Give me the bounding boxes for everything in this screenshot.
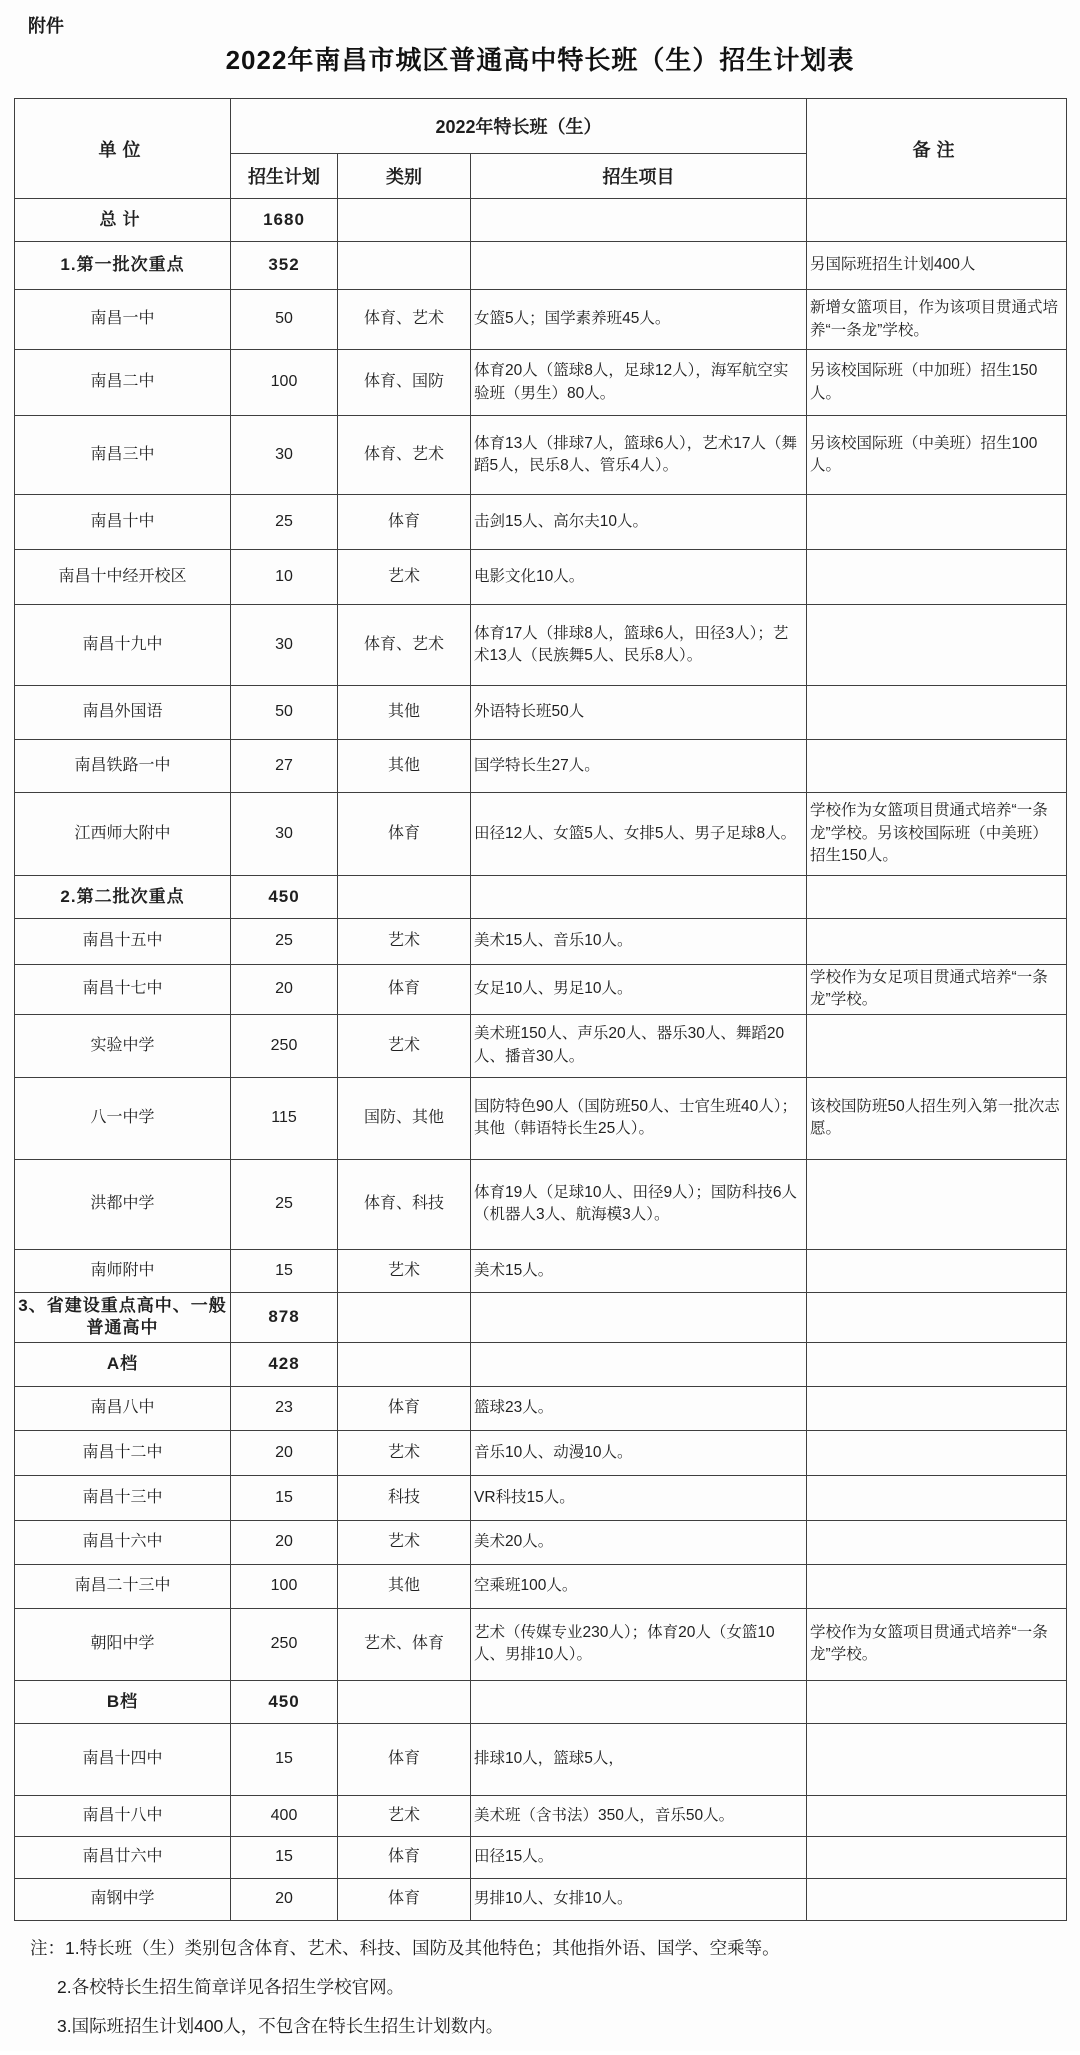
cell-plan: 250 — [231, 1608, 338, 1680]
table-row: 江西师大附中30体育田径12人、女篮5人、女排5人、男子足球8人。学校作为女篮项… — [15, 793, 1067, 876]
table-row: 南昌外国语50其他外语特长班50人 — [15, 686, 1067, 740]
table-row: 八一中学115国防、其他国防特色90人（国防班50人、士官生班40人）；其他（韩… — [15, 1077, 1067, 1159]
cell-remark — [807, 550, 1067, 605]
cell-project: VR科技15人。 — [471, 1475, 807, 1520]
table-header: 单位 2022年特长班（生） 备注 招生计划 类别 招生项目 — [15, 99, 1067, 199]
cell-project: 田径15人。 — [471, 1836, 807, 1878]
table-row: 1.第一批次重点352另国际班招生计划400人 — [15, 242, 1067, 290]
cell-remark — [807, 1723, 1067, 1795]
cell-project — [471, 876, 807, 919]
cell-unit: 八一中学 — [15, 1077, 231, 1159]
cell-project: 男排10人、女排10人。 — [471, 1878, 807, 1920]
cell-unit: 南昌三中 — [15, 416, 231, 495]
table-row: 南昌十三中15科技VR科技15人。 — [15, 1475, 1067, 1520]
cell-plan: 20 — [231, 1430, 338, 1475]
table-row: 南昌一中50体育、艺术女篮5人；国学素养班45人。新增女篮项目，作为该项目贯通式… — [15, 290, 1067, 350]
cell-unit: 南师附中 — [15, 1249, 231, 1292]
cell-category — [338, 1292, 471, 1342]
cell-category — [338, 1680, 471, 1723]
table-row: A档428 — [15, 1342, 1067, 1386]
cell-unit: 1.第一批次重点 — [15, 242, 231, 290]
cell-project: 美术20人。 — [471, 1520, 807, 1564]
cell-remark — [807, 1520, 1067, 1564]
cell-unit: 南昌十七中 — [15, 965, 231, 1015]
cell-category: 艺术 — [338, 1520, 471, 1564]
cell-remark: 该校国防班50人招生列入第一批次志愿。 — [807, 1077, 1067, 1159]
cell-plan: 27 — [231, 740, 338, 793]
table-row: 总计1680 — [15, 199, 1067, 242]
cell-unit: 南昌外国语 — [15, 686, 231, 740]
cell-remark — [807, 919, 1067, 965]
table-row: 南昌十六中20艺术美术20人。 — [15, 1520, 1067, 1564]
cell-category: 体育 — [338, 965, 471, 1015]
cell-project: 女足10人、男足10人。 — [471, 965, 807, 1015]
cell-category: 其他 — [338, 686, 471, 740]
cell-remark — [807, 740, 1067, 793]
cell-unit: 2.第二批次重点 — [15, 876, 231, 919]
cell-unit: 南昌十中经开校区 — [15, 550, 231, 605]
cell-remark — [807, 199, 1067, 242]
cell-project: 美术班150人、声乐20人、器乐30人、舞蹈20人、播音30人。 — [471, 1014, 807, 1077]
cell-project — [471, 242, 807, 290]
cell-remark — [807, 876, 1067, 919]
cell-project: 美术班（含书法）350人，音乐50人。 — [471, 1795, 807, 1836]
cell-plan: 250 — [231, 1014, 338, 1077]
cell-unit: 南昌八中 — [15, 1386, 231, 1430]
cell-unit: B档 — [15, 1680, 231, 1723]
cell-plan: 115 — [231, 1077, 338, 1159]
cell-plan: 352 — [231, 242, 338, 290]
cell-project: 体育13人（排球7人，篮球6人），艺术17人（舞蹈5人，民乐8人、管乐4人）。 — [471, 416, 807, 495]
cell-category: 国防、其他 — [338, 1077, 471, 1159]
cell-unit: 南昌十九中 — [15, 605, 231, 686]
cell-unit: 南昌十中 — [15, 495, 231, 550]
header-plan: 招生计划 — [231, 154, 338, 199]
cell-unit: 3、省建设重点高中、一般普通高中 — [15, 1292, 231, 1342]
cell-project: 女篮5人；国学素养班45人。 — [471, 290, 807, 350]
note-line-2: 2.各校特长生招生简章详见各招生学校官网。 — [30, 1977, 1050, 1999]
header-project: 招生项目 — [471, 154, 807, 199]
table-row: 朝阳中学250艺术、体育艺术（传媒专业230人）；体育20人（女篮10人、男排1… — [15, 1608, 1067, 1680]
cell-project: 体育17人（排球8人，篮球6人，田径3人）；艺术13人（民族舞5人、民乐8人）。 — [471, 605, 807, 686]
cell-project — [471, 1292, 807, 1342]
table-row: 南昌十二中20艺术音乐10人、动漫10人。 — [15, 1430, 1067, 1475]
cell-plan: 30 — [231, 605, 338, 686]
cell-plan: 428 — [231, 1342, 338, 1386]
cell-category: 体育、科技 — [338, 1159, 471, 1249]
cell-unit: 南昌铁路一中 — [15, 740, 231, 793]
cell-remark — [807, 1878, 1067, 1920]
cell-plan: 100 — [231, 350, 338, 416]
cell-plan: 15 — [231, 1836, 338, 1878]
cell-unit: 南昌十八中 — [15, 1795, 231, 1836]
cell-remark: 学校作为女足项目贯通式培养“一条龙”学校。 — [807, 965, 1067, 1015]
cell-plan: 1680 — [231, 199, 338, 242]
cell-remark — [807, 1795, 1067, 1836]
cell-project: 美术15人。 — [471, 1249, 807, 1292]
cell-project: 篮球23人。 — [471, 1386, 807, 1430]
cell-category: 体育 — [338, 1836, 471, 1878]
cell-unit: 南昌一中 — [15, 290, 231, 350]
cell-category: 艺术 — [338, 550, 471, 605]
cell-unit: 洪都中学 — [15, 1159, 231, 1249]
cell-plan: 20 — [231, 1878, 338, 1920]
cell-category: 体育、国防 — [338, 350, 471, 416]
header-remark: 备注 — [807, 99, 1067, 199]
cell-project: 音乐10人、动漫10人。 — [471, 1430, 807, 1475]
note-line-3: 3.国际班招生计划400人，不包含在特长生招生计划数内。 — [30, 2016, 1050, 2038]
cell-project: 击剑15人、高尔夫10人。 — [471, 495, 807, 550]
cell-category: 其他 — [338, 740, 471, 793]
cell-category: 体育 — [338, 1386, 471, 1430]
cell-plan: 23 — [231, 1386, 338, 1430]
table-row: 南昌三中30体育、艺术体育13人（排球7人，篮球6人），艺术17人（舞蹈5人，民… — [15, 416, 1067, 495]
cell-remark — [807, 1430, 1067, 1475]
cell-unit: 南昌十二中 — [15, 1430, 231, 1475]
cell-remark: 另该校国际班（中加班）招生150人。 — [807, 350, 1067, 416]
cell-project: 外语特长班50人 — [471, 686, 807, 740]
cell-unit: 南昌十六中 — [15, 1520, 231, 1564]
cell-remark — [807, 1159, 1067, 1249]
table-row: 南钢中学20体育男排10人、女排10人。 — [15, 1878, 1067, 1920]
attachment-label: 附件 — [28, 12, 64, 38]
cell-remark: 另该校国际班（中美班）招生100人。 — [807, 416, 1067, 495]
cell-plan: 15 — [231, 1475, 338, 1520]
cell-unit: 实验中学 — [15, 1014, 231, 1077]
cell-remark — [807, 1014, 1067, 1077]
cell-remark: 另国际班招生计划400人 — [807, 242, 1067, 290]
cell-plan: 25 — [231, 1159, 338, 1249]
cell-project: 体育20人（篮球8人，足球12人），海军航空实验班（男生）80人。 — [471, 350, 807, 416]
table-row: 南昌十八中400艺术美术班（含书法）350人，音乐50人。 — [15, 1795, 1067, 1836]
cell-plan: 20 — [231, 1520, 338, 1564]
cell-category — [338, 1342, 471, 1386]
cell-project: 电影文化10人。 — [471, 550, 807, 605]
cell-project: 国学特长生27人。 — [471, 740, 807, 793]
cell-category — [338, 199, 471, 242]
page-title: 2022年南昌市城区普通高中特长班（生）招生计划表 — [0, 40, 1080, 77]
cell-remark — [807, 605, 1067, 686]
cell-category: 体育、艺术 — [338, 290, 471, 350]
cell-project — [471, 199, 807, 242]
cell-category: 艺术 — [338, 1014, 471, 1077]
header-category: 类别 — [338, 154, 471, 199]
cell-remark — [807, 1249, 1067, 1292]
cell-plan: 450 — [231, 876, 338, 919]
cell-remark — [807, 1836, 1067, 1878]
header-unit: 单位 — [15, 99, 231, 199]
cell-unit: 南昌十四中 — [15, 1723, 231, 1795]
cell-plan: 100 — [231, 1564, 338, 1608]
table-row: 2.第二批次重点450 — [15, 876, 1067, 919]
enrollment-plan-table: 单位 2022年特长班（生） 备注 招生计划 类别 招生项目 总计16801.第… — [14, 98, 1067, 1921]
cell-project: 田径12人、女篮5人、女排5人、男子足球8人。 — [471, 793, 807, 876]
cell-plan: 30 — [231, 416, 338, 495]
table-row: 南昌铁路一中27其他国学特长生27人。 — [15, 740, 1067, 793]
cell-category: 艺术、体育 — [338, 1608, 471, 1680]
cell-plan: 450 — [231, 1680, 338, 1723]
cell-plan: 50 — [231, 290, 338, 350]
cell-remark — [807, 1564, 1067, 1608]
cell-project — [471, 1342, 807, 1386]
cell-project: 国防特色90人（国防班50人、士官生班40人）；其他（韩语特长生25人）。 — [471, 1077, 807, 1159]
cell-unit: 南昌二十三中 — [15, 1564, 231, 1608]
table-body: 总计16801.第一批次重点352另国际班招生计划400人南昌一中50体育、艺术… — [15, 199, 1067, 1921]
table-row: 南师附中15艺术美术15人。 — [15, 1249, 1067, 1292]
table-row: 南昌十四中15体育排球10人，篮球5人， — [15, 1723, 1067, 1795]
table-row: 南昌二中100体育、国防体育20人（篮球8人，足球12人），海军航空实验班（男生… — [15, 350, 1067, 416]
cell-plan: 15 — [231, 1723, 338, 1795]
cell-remark — [807, 1386, 1067, 1430]
table-row: 南昌十五中25艺术美术15人、音乐10人。 — [15, 919, 1067, 965]
cell-unit: 总计 — [15, 199, 231, 242]
header-group-2022: 2022年特长班（生） — [231, 99, 807, 154]
cell-plan: 10 — [231, 550, 338, 605]
cell-category: 体育 — [338, 1878, 471, 1920]
cell-project: 艺术（传媒专业230人）；体育20人（女篮10人、男排10人）。 — [471, 1608, 807, 1680]
cell-remark — [807, 495, 1067, 550]
table-row: 南昌廿六中15体育田径15人。 — [15, 1836, 1067, 1878]
cell-unit: 南昌廿六中 — [15, 1836, 231, 1878]
cell-remark — [807, 1475, 1067, 1520]
cell-category: 艺术 — [338, 1795, 471, 1836]
cell-unit: 南昌十五中 — [15, 919, 231, 965]
cell-plan: 50 — [231, 686, 338, 740]
note-line-1: 注：1.特长班（生）类别包含体育、艺术、科技、国防及其他特色；其他指外语、国学、… — [30, 1938, 1050, 1960]
cell-project: 排球10人，篮球5人， — [471, 1723, 807, 1795]
cell-remark: 学校作为女篮项目贯通式培养“一条龙”学校。 — [807, 1608, 1067, 1680]
table-row: 南昌八中23体育篮球23人。 — [15, 1386, 1067, 1430]
cell-unit: 南昌十三中 — [15, 1475, 231, 1520]
cell-remark — [807, 1292, 1067, 1342]
cell-category: 艺术 — [338, 1430, 471, 1475]
cell-project: 空乘班100人。 — [471, 1564, 807, 1608]
table-row: 南昌二十三中100其他空乘班100人。 — [15, 1564, 1067, 1608]
cell-category: 体育 — [338, 793, 471, 876]
cell-category: 体育 — [338, 495, 471, 550]
table-row: 南昌十中25体育击剑15人、高尔夫10人。 — [15, 495, 1067, 550]
cell-plan: 878 — [231, 1292, 338, 1342]
cell-project — [471, 1680, 807, 1723]
cell-remark — [807, 686, 1067, 740]
cell-category: 体育、艺术 — [338, 416, 471, 495]
cell-unit: 朝阳中学 — [15, 1608, 231, 1680]
cell-unit: A档 — [15, 1342, 231, 1386]
cell-category — [338, 242, 471, 290]
table-row: 洪都中学25体育、科技体育19人（足球10人、田径9人）；国防科技6人（机器人3… — [15, 1159, 1067, 1249]
cell-category — [338, 876, 471, 919]
table-row: 南昌十七中20体育女足10人、男足10人。学校作为女足项目贯通式培养“一条龙”学… — [15, 965, 1067, 1015]
cell-category: 体育、艺术 — [338, 605, 471, 686]
cell-category: 科技 — [338, 1475, 471, 1520]
cell-unit: 南钢中学 — [15, 1878, 231, 1920]
cell-plan: 25 — [231, 919, 338, 965]
cell-category: 艺术 — [338, 919, 471, 965]
cell-plan: 30 — [231, 793, 338, 876]
cell-remark: 新增女篮项目，作为该项目贯通式培养“一条龙”学校。 — [807, 290, 1067, 350]
footnotes: 注：1.特长班（生）类别包含体育、艺术、科技、国防及其他特色；其他指外语、国学、… — [30, 1938, 1050, 2055]
cell-plan: 20 — [231, 965, 338, 1015]
cell-project: 体育19人（足球10人、田径9人）；国防科技6人（机器人3人、航海模3人）。 — [471, 1159, 807, 1249]
table-row: B档450 — [15, 1680, 1067, 1723]
table-row: 南昌十九中30体育、艺术体育17人（排球8人，篮球6人，田径3人）；艺术13人（… — [15, 605, 1067, 686]
cell-remark — [807, 1342, 1067, 1386]
cell-remark — [807, 1680, 1067, 1723]
table-row: 3、省建设重点高中、一般普通高中878 — [15, 1292, 1067, 1342]
cell-unit: 江西师大附中 — [15, 793, 231, 876]
cell-project: 美术15人、音乐10人。 — [471, 919, 807, 965]
cell-unit: 南昌二中 — [15, 350, 231, 416]
cell-remark: 学校作为女篮项目贯通式培养“一条龙”学校。另该校国际班（中美班）招生150人。 — [807, 793, 1067, 876]
cell-plan: 15 — [231, 1249, 338, 1292]
table-row: 实验中学250艺术美术班150人、声乐20人、器乐30人、舞蹈20人、播音30人… — [15, 1014, 1067, 1077]
table-row: 南昌十中经开校区10艺术电影文化10人。 — [15, 550, 1067, 605]
cell-category: 艺术 — [338, 1249, 471, 1292]
cell-plan: 400 — [231, 1795, 338, 1836]
cell-plan: 25 — [231, 495, 338, 550]
cell-category: 其他 — [338, 1564, 471, 1608]
cell-category: 体育 — [338, 1723, 471, 1795]
